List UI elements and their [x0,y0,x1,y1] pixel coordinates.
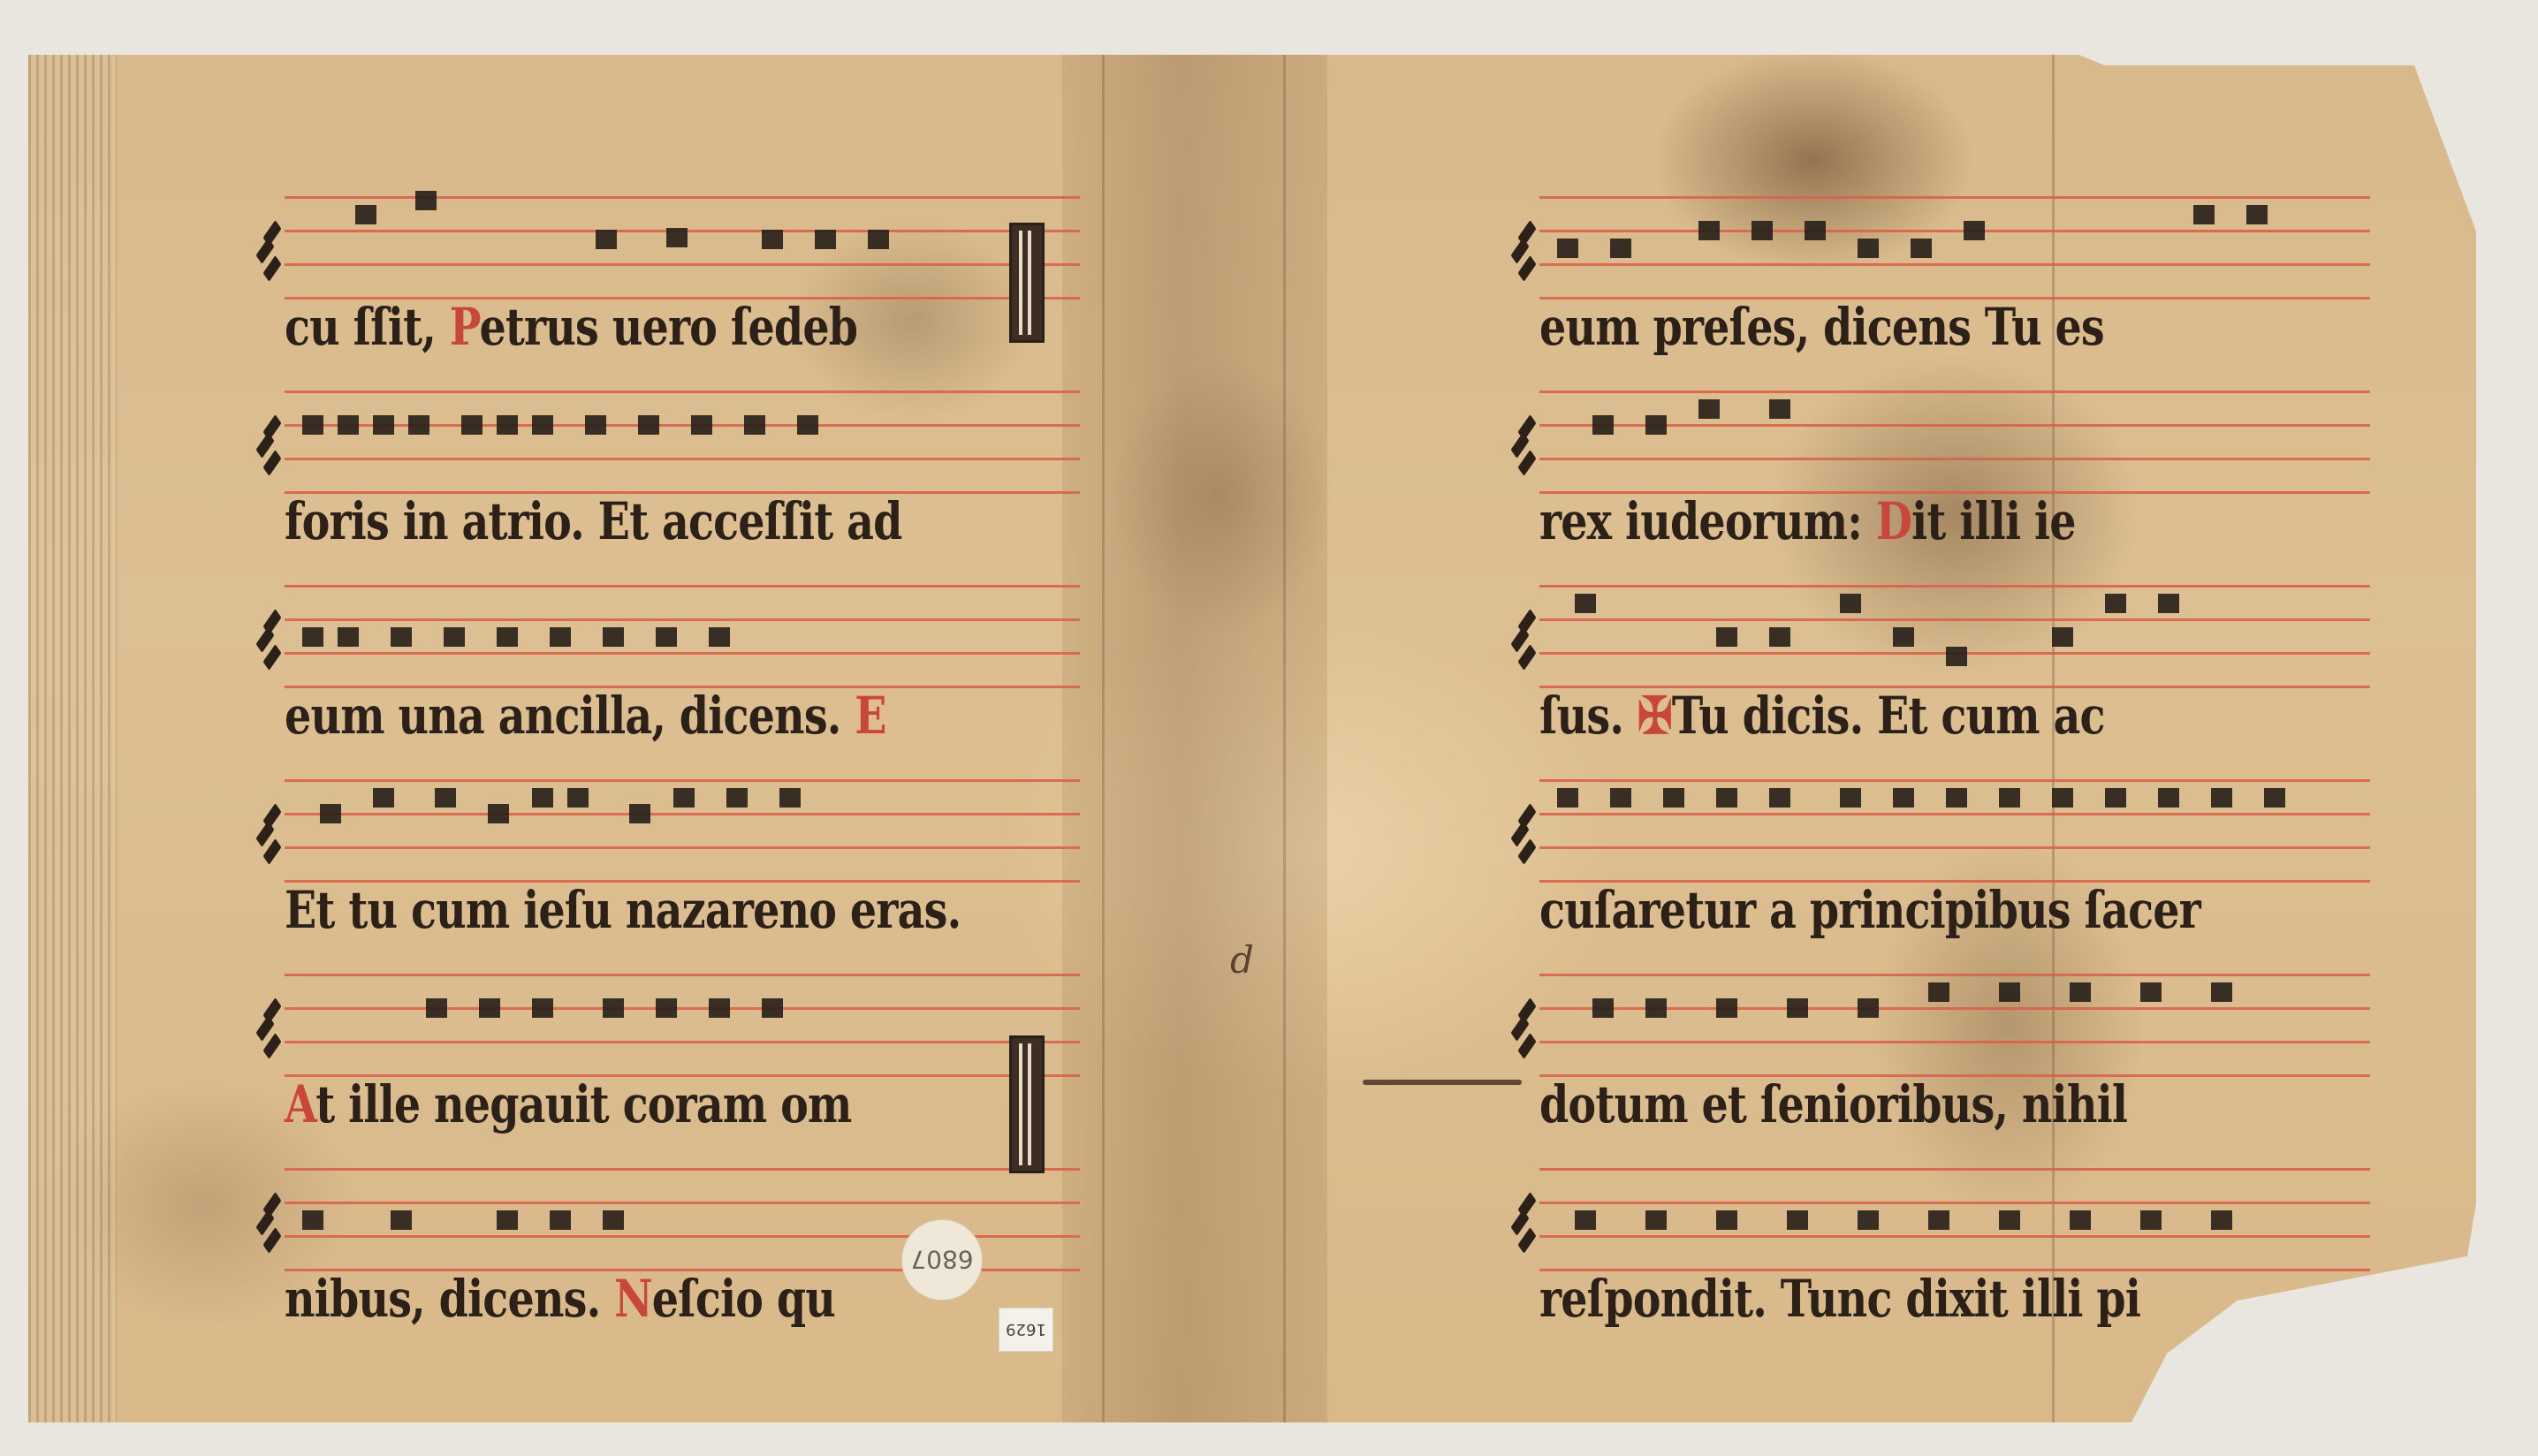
music-staff [285,382,1080,488]
right-page: eum preſes, dicens Tu es rex iudeorum: D… [1539,187,2370,1354]
clef-icon [260,205,277,284]
clef-icon [260,399,277,479]
music-staff [1539,382,2370,488]
lyric-line: rex iudeorum: Dit illi ie [1539,491,2076,551]
music-staff [285,770,1080,876]
staff-system: eum preſes, dicens Tu es [1539,187,2370,382]
clef-icon [1515,1177,1532,1256]
binding-strip [1009,1035,1045,1173]
clef-icon [260,594,277,673]
margin-mark: d [1230,938,1254,982]
staff-system: reſpondit. Tunc dixit illi pi [1539,1159,2370,1354]
left-page: cu ſſit, Petrus uero ſedeb foris in atri… [285,187,1080,1354]
clef-icon [1515,205,1532,284]
fold-crease [1283,55,1286,1422]
lyric-line: cuſaretur a principibus ſacer [1539,880,2200,940]
staff-system: cu ſſit, Petrus uero ſedeb [285,187,1080,382]
clef-icon [260,788,277,868]
lyric-line: Et tu cum ieſu nazareno eras. [285,880,961,940]
staff-system: rex iudeorum: Dit illi ie [1539,382,2370,576]
music-staff [1539,1159,2370,1265]
manuscript-bifolium: cu ſſit, Petrus uero ſedeb foris in atri… [28,55,2476,1422]
music-staff [1539,965,2370,1071]
lyric-line: eum preſes, dicens Tu es [1539,297,2104,357]
music-staff [1539,576,2370,682]
lyric-line: nibus, dicens. Neſcio qu [285,1269,835,1329]
clef-icon [1515,788,1532,868]
lyric-line: foris in atrio. Et acceſſit ad [285,491,902,551]
staff-system: dotum et ſenioribus, nihil [1539,965,2370,1159]
lyric-line: reſpondit. Tunc dixit illi pi [1539,1269,2140,1329]
staff-system: Et tu cum ieſu nazareno eras. [285,770,1080,965]
catalog-label-rect: 1629 [999,1308,1053,1352]
lyric-line: dotum et ſenioribus, nihil [1539,1074,2127,1134]
clef-icon [1515,594,1532,673]
staff-system: eum una ancilla, dicens. E [285,576,1080,770]
lyric-line: ſus. ✠Tu dicis. Et cum ac [1539,686,2105,746]
music-staff [285,187,1080,293]
staff-system: At ille negauit coram om [285,965,1080,1159]
staff-system: foris in atrio. Et acceſſit ad [285,382,1080,576]
folded-left-edge [28,55,117,1422]
lyric-line: At ille negauit coram om [285,1074,851,1134]
music-staff [285,965,1080,1071]
ink-stroke [1363,1080,1522,1085]
clef-icon [260,982,277,1062]
catalog-label-round: 6807 [901,1219,983,1301]
staff-system: cuſaretur a principibus ſacer [1539,770,2370,965]
clef-icon [260,1177,277,1256]
binding-strip [1009,223,1045,343]
lyric-line: cu ſſit, Petrus uero ſedeb [285,297,857,357]
clef-icon [1515,982,1532,1062]
lyric-line: eum una ancilla, dicens. E [285,686,886,746]
music-staff [1539,770,2370,876]
music-staff [1539,187,2370,293]
fold-crease [1102,55,1105,1422]
music-staff [285,576,1080,682]
clef-icon [1515,399,1532,479]
staff-system: ſus. ✠Tu dicis. Et cum ac [1539,576,2370,770]
